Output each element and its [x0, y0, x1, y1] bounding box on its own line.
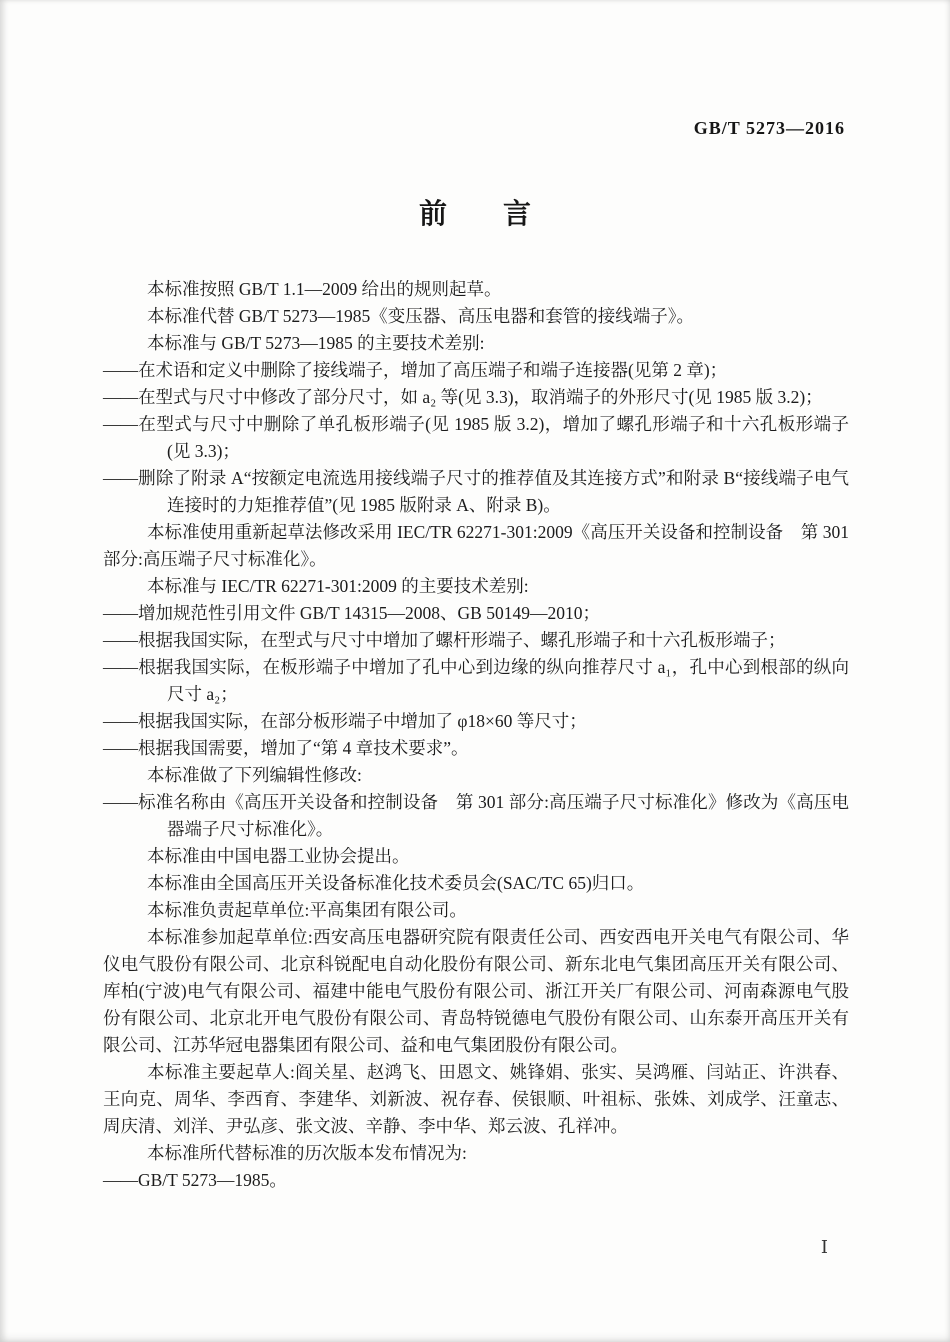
foreword-paragraph: 本标准做了下列编辑性修改:	[103, 762, 849, 789]
foreword-paragraph: 本标准与 IEC/TR 62271-301:2009 的主要技术差别:	[103, 573, 849, 600]
foreword-body: 本标准按照 GB/T 1.1—2009 给出的规则起草。 本标准代替 GB/T …	[103, 276, 849, 1194]
foreword-list-item: ——在术语和定义中删除了接线端子，增加了高压端子和端子连接器(见第 2 章)；	[103, 357, 849, 384]
foreword-paragraph: 本标准负责起草单位:平高集团有限公司。	[103, 897, 849, 924]
foreword-paragraph: 本标准由全国高压开关设备标准化技术委员会(SAC/TC 65)归口。	[103, 870, 849, 897]
foreword-list-item: ——标准名称由《高压开关设备和控制设备 第 301 部分:高压端子尺寸标准化》修…	[103, 789, 849, 843]
foreword-paragraph: 本标准主要起草人:阎关星、赵鸿飞、田恩文、姚锋娟、张实、吴鸿雁、闫站正、许洪春、…	[103, 1059, 849, 1140]
foreword-list-item: ——根据我国实际，在部分板形端子中增加了 φ18×60 等尺寸；	[103, 708, 849, 735]
foreword-list-item: ——删除了附录 A“按额定电流选用接线端子尺寸的推荐值及其连接方式”和附录 B“…	[103, 465, 849, 519]
foreword-list-item: ——在型式与尺寸中修改了部分尺寸，如 a₂ 等(见 3.3)，取消端子的外形尺寸…	[103, 384, 849, 411]
foreword-paragraph: 本标准与 GB/T 5273—1985 的主要技术差别:	[103, 330, 849, 357]
document-page: GB/T 5273—2016 前 言 本标准按照 GB/T 1.1—2009 给…	[0, 0, 950, 1342]
foreword-list-item: ——根据我国实际，在型式与尺寸中增加了螺杆形端子、螺孔形端子和十六孔板形端子；	[103, 627, 849, 654]
foreword-paragraph: 本标准代替 GB/T 5273—1985《变压器、高压电器和套管的接线端子》。	[103, 303, 849, 330]
foreword-list-item: ——增加规范性引用文件 GB/T 14315—2008、GB 50149—201…	[103, 600, 849, 627]
foreword-paragraph: 本标准参加起草单位:西安高压电器研究院有限责任公司、西安西电开关电气有限公司、华…	[103, 924, 849, 1059]
standard-code: GB/T 5273—2016	[694, 118, 845, 139]
foreword-list-item: ——在型式与尺寸中删除了单孔板形端子(见 1985 版 3.2)，增加了螺孔形端…	[103, 411, 849, 465]
page-number: Ⅰ	[821, 1237, 828, 1258]
foreword-list-item: ——根据我国需要，增加了“第 4 章技术要求”。	[103, 735, 849, 762]
page-title: 前 言	[0, 192, 950, 232]
foreword-list-item: ——根据我国实际，在板形端子中增加了孔中心到边缘的纵向推荐尺寸 a₁，孔中心到根…	[103, 654, 849, 708]
foreword-paragraph: 本标准由中国电器工业协会提出。	[103, 843, 849, 870]
foreword-paragraph: 本标准所代替标准的历次版本发布情况为:	[103, 1140, 849, 1167]
foreword-paragraph: 本标准按照 GB/T 1.1—2009 给出的规则起草。	[103, 276, 849, 303]
foreword-paragraph: 本标准使用重新起草法修改采用 IEC/TR 62271-301:2009《高压开…	[103, 519, 849, 573]
foreword-list-item: ——GB/T 5273—1985。	[103, 1167, 849, 1194]
